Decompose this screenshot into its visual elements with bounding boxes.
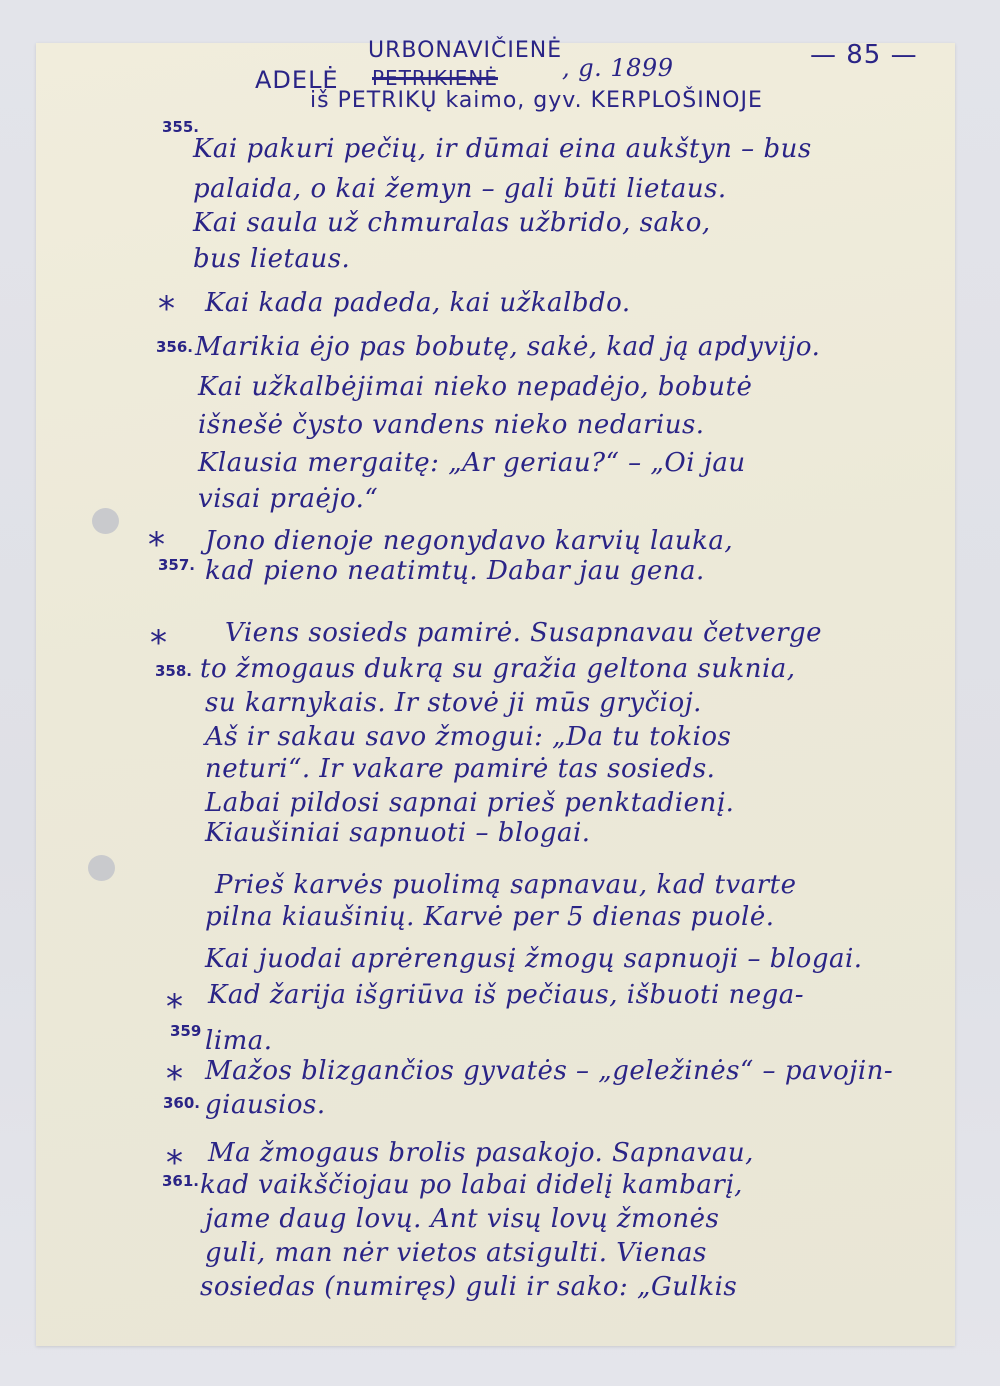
asterisk-mark: * [166, 1062, 183, 1096]
origin-residence: iš PETRIKŲ kaimo, gyv. KERPLOŠINOJE [310, 88, 763, 113]
entry-number: 358. [155, 662, 192, 680]
entry-line: Prieš karvės puolimą sapnavau, kad tvart… [215, 872, 796, 898]
entry-line: jame daug lovų. Ant visų lovų žmonės [205, 1206, 719, 1232]
page-number: — 85 — [810, 40, 918, 70]
entry-number: 357. [158, 556, 195, 574]
entry-line: pilna kiaušinių. Karvė per 5 dienas puol… [205, 904, 775, 930]
punch-hole-bottom [88, 855, 115, 881]
surname-correction: URBONAVIČIENĖ [368, 38, 562, 63]
entry-line: Kad žarija išgriūva iš pečiaus, išbuoti … [208, 982, 804, 1008]
asterisk-mark: * [158, 292, 175, 326]
entry-number: 356. [156, 338, 193, 356]
entry-line: kad pieno neatimtų. Dabar jau gena. [205, 558, 705, 584]
entry-line: lima. [205, 1028, 273, 1054]
entry-line: giausios. [205, 1092, 326, 1118]
entry-line: Marikia ėjo pas bobutę, sakė, kad ją apd… [195, 334, 820, 360]
entry-line: Kai pakuri pečių, ir dūmai eina aukštyn … [193, 136, 812, 162]
birth-year: , g. 1899 [562, 56, 673, 80]
entry-line: Kiaušiniai sapnuoti – blogai. [205, 820, 591, 846]
entry-line: kad vaikščiojau po labai didelį kambarį, [200, 1172, 743, 1198]
entry-line: palaida, o kai žemyn – gali būti lietaus… [193, 176, 727, 202]
surname-struck: PETRIKIENĖ [372, 66, 498, 90]
entry-line: sosiedas (numiręs) guli ir sako: „Gulkis [200, 1274, 737, 1300]
entry-line: Jono dienoje negonydavo karvių lauka, [205, 528, 733, 554]
entry-line: su karnykais. Ir stovė ji mūs gryčioj. [205, 690, 702, 716]
entry-line: Mažos blizgančios gyvatės – „geležinės“ … [205, 1058, 893, 1084]
entry-line: bus lietaus. [193, 246, 350, 272]
entry-line: Ma žmogaus brolis pasakojo. Sapnavau, [208, 1140, 754, 1166]
entry-line: Kai saula už chmuralas užbrido, sako, [193, 210, 711, 236]
entry-line: Viens sosieds pamirė. Susapnavau četverg… [225, 620, 822, 646]
entry-line: visai praėjo.“ [198, 486, 378, 512]
entry-line: Klausia mergaitę: „Ar geriau?“ – „Oi jau [198, 450, 746, 476]
entry-line: Labai pildosi sapnai prieš penktadienį. [205, 790, 734, 816]
entry-line: Kai užkalbėjimai nieko nepadėjo, bobutė [198, 374, 752, 400]
entry-line: Kai juodai aprėrengusį žmogų sapnuoji – … [205, 946, 863, 972]
asterisk-mark: * [150, 626, 167, 660]
entry-line: to žmogaus dukrą su gražia geltona sukni… [200, 656, 796, 682]
entry-line: guli, man nėr vietos atsigulti. Vienas [205, 1240, 707, 1266]
entry-line: išnešė čysto vandens nieko nedarius. [198, 412, 705, 438]
entry-number: 359 [170, 1022, 201, 1040]
entry-number: 361. [162, 1172, 199, 1190]
entry-line: Aš ir sakau savo žmogui: „Da tu tokios [205, 724, 731, 750]
entry-line: Kai kada padeda, kai užkalbdo. [205, 290, 631, 316]
punch-hole-top [92, 508, 119, 534]
entry-number: 360. [163, 1094, 200, 1112]
entry-line: neturi“. Ir vakare pamirė tas sosieds. [205, 756, 715, 782]
asterisk-mark: * [166, 990, 183, 1024]
